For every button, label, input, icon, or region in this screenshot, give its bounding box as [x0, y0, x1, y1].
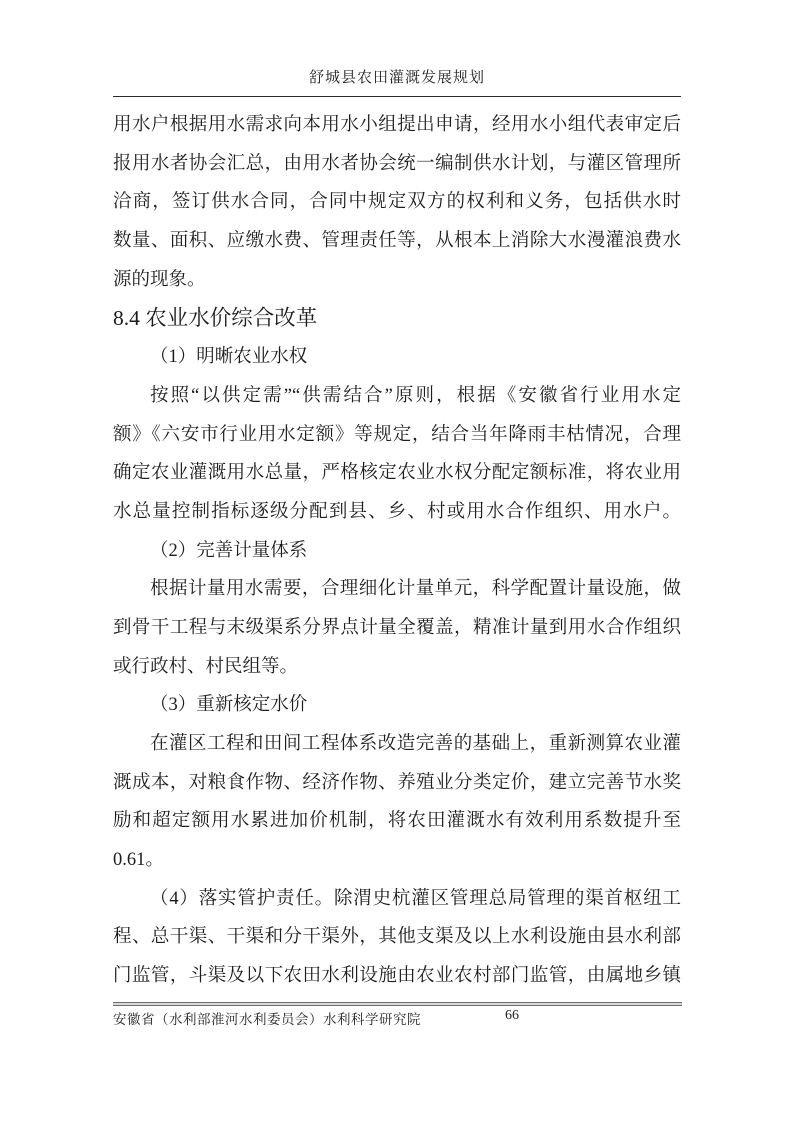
text-line: 报用水者协会汇总，由用水者协会统一编制供水计划，与灌区管理所: [113, 145, 681, 184]
footer-institution: 安徽省（水利部淮河水利委员会）水利科学研究院: [113, 1008, 421, 1028]
text-line: 程、总干渠、干渠和分干渠外，其他支渠及以上水利设施由县水利部: [113, 918, 681, 957]
document-page: { "header": { "title": "舒城县农田灌溉发展规划" }, …: [0, 0, 794, 1122]
subsection-title: （2）完善计量体系: [113, 532, 681, 571]
text-line: 额》《六安市行业用水定额》等规定，结合当年降雨丰枯情况，合理: [113, 416, 681, 455]
footer-rule: [113, 1002, 682, 1006]
page-header-title: 舒城县农田灌溉发展规划: [113, 66, 681, 87]
document-body: 用水户根据用水需求向本用水小组提出申请，经用水小组代表审定后 报用水者协会汇总，…: [113, 106, 681, 996]
text-line: 根据计量用水需要，合理细化计量单元，科学配置计量设施，做: [113, 570, 681, 609]
text-line: 门监管，斗渠及以下农田水利设施由农业农村部门监管，由属地乡镇: [113, 957, 681, 996]
text-line: 洽商，签订供水合同，合同中规定双方的权利和义务，包括供水时间、: [113, 183, 681, 222]
page-number: 66: [505, 1008, 519, 1024]
text-line: 溉成本，对粮食作物、经济作物、养殖业分类定价，建立完善节水奖: [113, 764, 681, 803]
text-line: 数量、面积、应缴水费、管理责任等，从根本上消除大水漫灌浪费水: [113, 222, 681, 261]
text-line: （4）落实管护责任。除渭史杭灌区管理总局管理的渠首枢纽工: [113, 880, 681, 919]
text-line: 用水户根据用水需求向本用水小组提出申请，经用水小组代表审定后: [113, 106, 681, 145]
text-line: 按照“以供定需”“供需结合”原则，根据《安徽省行业用水定: [113, 377, 681, 416]
text-line: 到骨干工程与末级渠系分界点计量全覆盖，精准计量到用水合作组织: [113, 609, 681, 648]
text-line: 在灌区工程和田间工程体系改造完善的基础上，重新测算农业灌: [113, 725, 681, 764]
text-line: 源的现象。: [113, 261, 681, 300]
section-heading: 8.4 农业水价综合改革: [113, 299, 681, 338]
text-line: 确定农业灌溉用水总量，严格核定农业水权分配定额标准，将农业用: [113, 454, 681, 493]
text-line: 0.61。: [113, 841, 681, 880]
subsection-title: （3）重新核定水价: [113, 686, 681, 725]
text-line: 或行政村、村民组等。: [113, 648, 681, 687]
subsection-title: （1）明晰农业水权: [113, 338, 681, 377]
header-rule: [113, 96, 681, 97]
text-line: 水总量控制指标逐级分配到县、乡、村或用水合作组织、用水户。: [113, 493, 681, 532]
text-line: 励和超定额用水累进加价机制，将农田灌溉水有效利用系数提升至: [113, 802, 681, 841]
